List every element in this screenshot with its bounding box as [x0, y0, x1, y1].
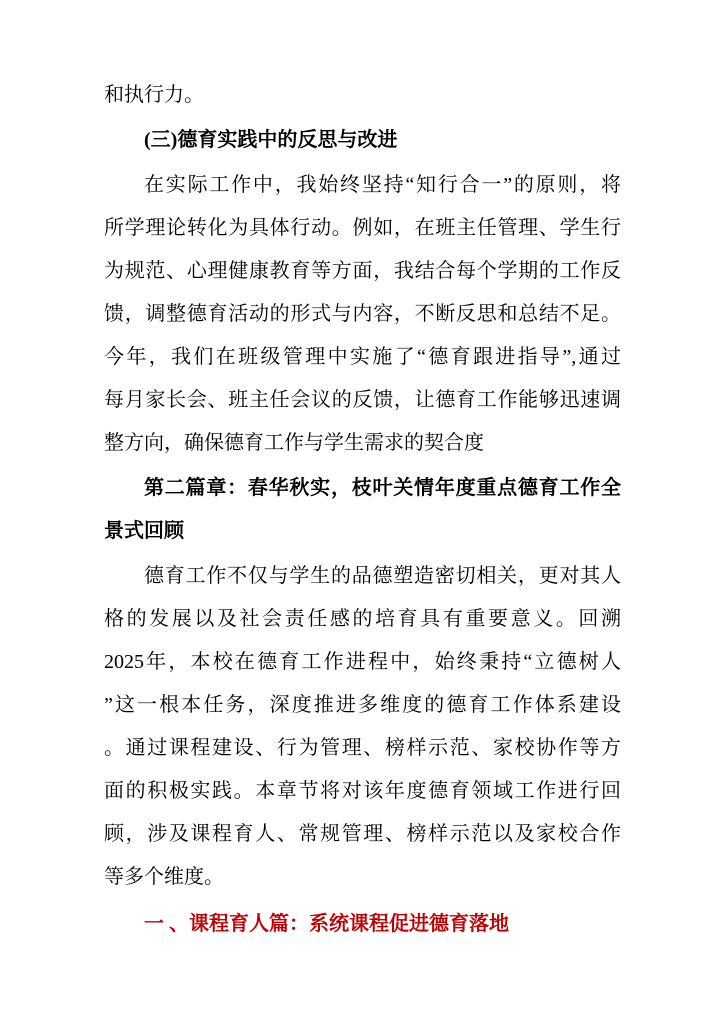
section-heading: (三)德育实践中的反思与改进: [104, 119, 621, 162]
text-line: 在实际工作中，我始终坚持“知行合一”的原则，将: [104, 164, 621, 207]
text-line: 一 、课程育人篇：系统课程促进德育落地: [104, 903, 621, 946]
text-line: 德育工作不仅与学生的品德塑造密切相关，更对其人: [104, 555, 621, 598]
text-line: 等多个维度。: [104, 856, 621, 899]
document-page: 和执行力。(三)德育实践中的反思与改进在实际工作中，我始终坚持“知行合一”的原则…: [0, 0, 724, 1024]
text-line: 和执行力。: [104, 74, 621, 117]
section-heading: 第二篇章：春华秋实，枝叶关情年度重点德育工作全景式回顾: [104, 467, 621, 553]
document-content: 和执行力。(三)德育实践中的反思与改进在实际工作中，我始终坚持“知行合一”的原则…: [104, 74, 621, 950]
text-line: (三)德育实践中的反思与改进: [104, 119, 621, 162]
text-line: 。通过课程建设、行为管理、榜样示范、家校协作等方: [104, 727, 621, 770]
text-line: 面的积极实践。本章节将对该年度德育领域工作进行回: [104, 770, 621, 813]
text-line: 顾，涉及课程育人、常规管理、榜样示范以及家校合作: [104, 813, 621, 856]
text-line: 2025年，本校在德育工作进程中，始终秉持“立德树人: [104, 641, 621, 684]
text-line: 馈，调整德育活动的形式与内容，不断反思和总结不足。: [104, 293, 621, 336]
section-heading-red: 一 、课程育人篇：系统课程促进德育落地: [104, 903, 621, 946]
paragraph: 德育工作不仅与学生的品德塑造密切相关，更对其人格的发展以及社会责任感的培育具有重…: [104, 555, 621, 899]
text-line: 整方向，确保德育工作与学生需求的契合度: [104, 422, 621, 465]
text-line: 每月家长会、班主任会议的反馈，让德育工作能够迅速调: [104, 379, 621, 422]
text-line: ”这一根本任务，深度推进多维度的德育工作体系建设: [104, 684, 621, 727]
text-line: 为规范、心理健康教育等方面，我结合每个学期的工作反: [104, 250, 621, 293]
paragraph: 和执行力。: [104, 74, 621, 117]
text-line: 景式回顾: [104, 510, 621, 553]
text-line: 第二篇章：春华秋实，枝叶关情年度重点德育工作全: [104, 467, 621, 510]
text-line: 今年，我们在班级管理中实施了“德育跟进指导”,通过: [104, 336, 621, 379]
text-line: 格的发展以及社会责任感的培育具有重要意义。回溯: [104, 598, 621, 641]
paragraph: 在实际工作中，我始终坚持“知行合一”的原则，将所学理论转化为具体行动。例如，在班…: [104, 164, 621, 465]
text-line: 所学理论转化为具体行动。例如，在班主任管理、学生行: [104, 207, 621, 250]
